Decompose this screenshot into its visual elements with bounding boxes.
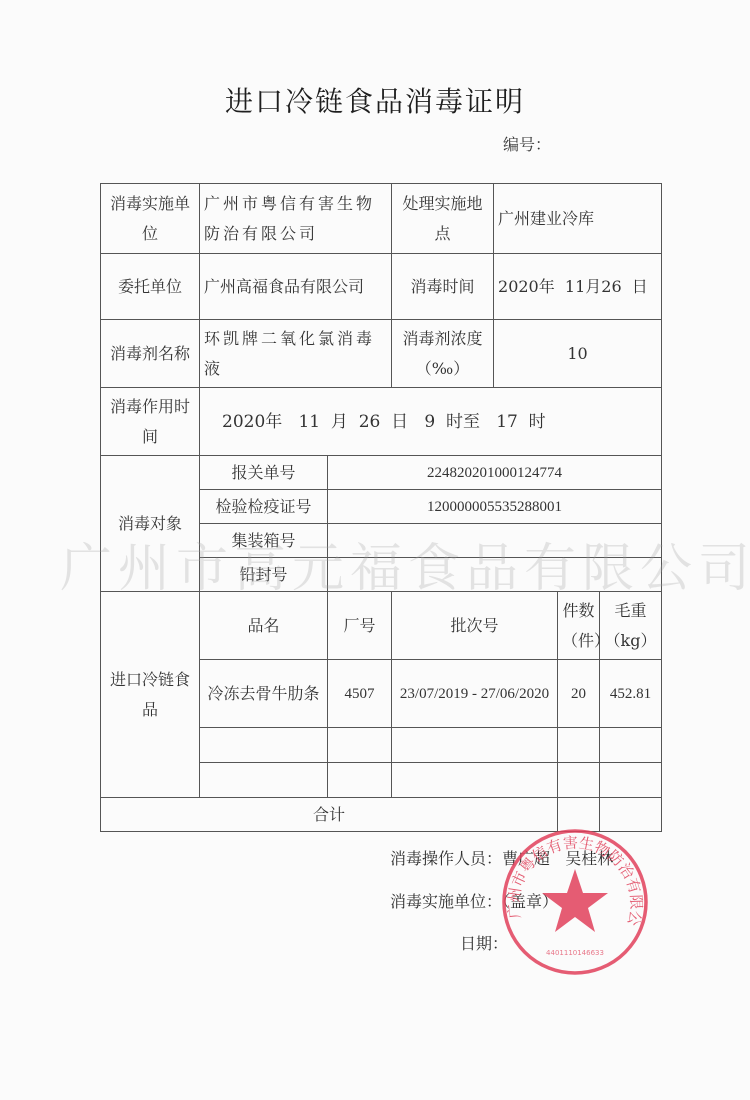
cell-weight: 452.81 xyxy=(600,660,662,728)
header-plant-number: 厂号 xyxy=(328,592,392,660)
cell-plant-number xyxy=(328,728,392,763)
cell-product-name xyxy=(200,728,328,763)
label-treatment-site: 处理实施地点 xyxy=(392,184,494,254)
label-cold-chain-food: 进口冷链食品 xyxy=(101,592,200,798)
label-disinfection-unit: 消毒实施单位 xyxy=(101,184,200,254)
label-total: 合计 xyxy=(101,798,558,832)
label-action-time: 消毒作用时间 xyxy=(101,388,200,456)
label-container-number: 集装箱号 xyxy=(200,524,328,558)
label-customs-number: 报关单号 xyxy=(200,456,328,490)
value-inspection-cert: 120000005535288001 xyxy=(328,490,662,524)
total-row: 合计 xyxy=(101,798,662,832)
header-product-name: 品名 xyxy=(200,592,328,660)
row-disinfection-unit: 消毒实施单位 广州市粤信有害生物防治有限公司 处理实施地点 广州建业冷库 xyxy=(101,184,662,254)
row-customs-number: 消毒对象 报关单号 224820201000124774 xyxy=(101,456,662,490)
operators-label: 消毒操作人员： xyxy=(390,849,502,868)
cell-weight xyxy=(600,763,662,798)
operators-names: 曹广超 吴桂林 xyxy=(502,849,613,868)
total-weight xyxy=(600,798,662,832)
label-client: 委托单位 xyxy=(101,254,200,320)
unit-seal-line: 消毒实施单位：（盖章） xyxy=(390,889,558,912)
cell-product-name xyxy=(200,763,328,798)
cell-batch-number xyxy=(392,763,558,798)
value-disinfectant-name: 环凯牌二氧化氯消毒液 xyxy=(200,320,392,388)
total-count xyxy=(558,798,600,832)
value-customs-number: 224820201000124774 xyxy=(328,456,662,490)
food-header-row: 进口冷链食品 品名 厂号 批次号 件数（件） 毛重（kg） xyxy=(101,592,662,660)
header-count: 件数（件） xyxy=(558,592,600,660)
label-disinfection-time: 消毒时间 xyxy=(392,254,494,320)
document-title: 进口冷链食品消毒证明 xyxy=(0,80,750,120)
certificate-table: 消毒实施单位 广州市粤信有害生物防治有限公司 处理实施地点 广州建业冷库 委托单… xyxy=(100,183,662,832)
value-treatment-site: 广州建业冷库 xyxy=(494,184,662,254)
label-inspection-cert: 检验检疫证号 xyxy=(200,490,328,524)
row-action-time: 消毒作用时间 2020年 11 月 26 日 9 时至 17 时 xyxy=(101,388,662,456)
value-disinfection-unit: 广州市粤信有害生物防治有限公司 xyxy=(200,184,392,254)
serial-number-label: 编号： xyxy=(503,132,551,155)
label-concentration: 消毒剂浓度（‰） xyxy=(392,320,494,388)
cell-count: 20 xyxy=(558,660,600,728)
value-client: 广州高福食品有限公司 xyxy=(200,254,392,320)
row-client: 委托单位 广州高福食品有限公司 消毒时间 2020年 11月26 日 xyxy=(101,254,662,320)
svg-text:广州市粤信有害生物防治有限公司: 广州市粤信有害生物防治有限公司 xyxy=(500,827,645,928)
label-disinfectant-name: 消毒剂名称 xyxy=(101,320,200,388)
operators-line: 消毒操作人员：曹广超 吴桂林 xyxy=(390,846,613,869)
header-weight: 毛重（kg） xyxy=(600,592,662,660)
svg-text:4401110146633: 4401110146633 xyxy=(546,949,604,957)
value-action-time: 2020年 11 月 26 日 9 时至 17 时 xyxy=(200,388,662,456)
cell-batch-number xyxy=(392,728,558,763)
value-concentration: 10 xyxy=(494,320,662,388)
seal-placeholder: （盖章） xyxy=(502,892,558,911)
date-label: 日期： xyxy=(460,931,508,954)
cell-count xyxy=(558,763,600,798)
cell-plant-number xyxy=(328,763,392,798)
cell-plant-number: 4507 xyxy=(328,660,392,728)
value-container-number xyxy=(328,524,662,558)
label-seal-number: 铅封号 xyxy=(200,558,328,592)
header-batch-number: 批次号 xyxy=(392,592,558,660)
cell-product-name: 冷冻去骨牛肋条 xyxy=(200,660,328,728)
value-seal-number xyxy=(328,558,662,592)
unit-label: 消毒实施单位： xyxy=(390,892,502,911)
cell-batch-number: 23/07/2019 - 27/06/2020 xyxy=(392,660,558,728)
cell-count xyxy=(558,728,600,763)
value-disinfection-time: 2020年 11月26 日 xyxy=(494,254,662,320)
label-target: 消毒对象 xyxy=(101,456,200,592)
row-disinfectant: 消毒剂名称 环凯牌二氧化氯消毒液 消毒剂浓度（‰） 10 xyxy=(101,320,662,388)
cell-weight xyxy=(600,728,662,763)
